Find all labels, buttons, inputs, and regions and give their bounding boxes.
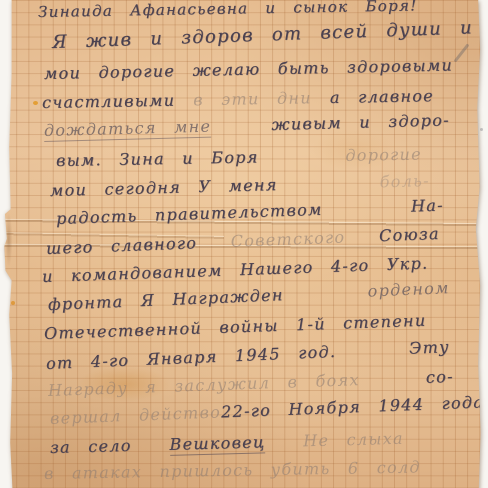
handwriting-segment: за село [50,436,132,459]
handwriting-line: радость правительством На- [56,195,444,228]
handwriting-line: дождаться мне живым и здоро- [44,110,450,142]
handwriting-segment: Я жив и здоров от всей души и вам [52,15,488,53]
handwriting-segment-underlined: Вешковец [169,432,265,456]
handwriting-line: Отечественной войны 1-й степени [44,310,454,343]
scanned-letter-page: Зинаида Афанасьевна и сынок Боря! Я жив … [0,0,488,488]
handwriting-segment-faded: Советского [230,228,345,251]
handwriting-line: вершал действо 22-го Ноября 1944 года. [50,393,462,428]
handwriting-segment-faded: орденом [367,278,450,300]
handwriting-segment: фронта Я Награжден [48,285,284,314]
handwriting-segment: вым. Зина и Боря [56,147,259,170]
handwriting-segment-faded: Награду я заслужил в боях [48,370,360,400]
handwriting-segment-faded: боль- [379,171,430,191]
handwriting-segment: счастливыми [42,91,176,112]
handwriting-line: вым. Зина и Боря дорогие [56,145,422,170]
handwriting-segment: 22-го Ноября 1944 года. [221,392,488,421]
handwriting-segment: Отечественной войны 1-й степени [44,311,427,343]
handwriting-segment: шего славного [46,233,198,258]
handwriting-line: за село Вешковец Не слыха [50,429,404,459]
handwriting: Зинаида Афанасьевна и сынок Боря! Я жив … [4,0,482,488]
handwriting-segment: радость правительством [56,200,323,228]
handwriting-line: мои дорогие желаю быть здоровыми [44,55,464,83]
handwriting-line: мои сегодня У меня боль- [50,171,430,200]
letter-paper: Зинаида Афанасьевна и сынок Боря! Я жив … [4,0,482,488]
handwriting-segment: мои сегодня У меня [50,175,278,200]
handwriting-segment: со- [426,367,455,387]
handwriting-segment-faded: в атаках пришлось убить 6 солд [44,457,421,483]
handwriting-segment: живым и здоро- [271,110,450,136]
handwriting-segment: Союза [379,224,440,245]
handwriting-segment-faded: в эти дни [193,88,312,109]
handwriting-line: в атаках пришлось убить 6 солд [44,457,442,483]
handwriting-segment-faded: вершал действо [50,402,222,428]
handwriting-line: счастливыми в эти дни а главное [42,86,434,112]
handwriting-segment: На- [411,195,444,215]
paper-shadow-wrap: Зинаида Афанасьевна и сынок Боря! Я жив … [0,0,488,488]
handwriting-line: от 4-го Января 1945 год. Эту [46,337,450,373]
handwriting-segment-faded: дорогие [345,145,422,165]
handwriting-line: шего славного Советского Союза [46,224,440,258]
handwriting-segment: мои дорогие желаю быть здоровыми [44,55,453,83]
handwriting-line: Я жив и здоров от всей души и вам [52,18,460,53]
handwriting-segment: Зинаида Афанасьевна и сынок Боря! [38,0,418,21]
handwriting-segment-faded: Не слыха [303,429,404,453]
margin-speck [480,128,483,131]
handwriting-segment: Эту [409,337,450,358]
handwriting-line: Зинаида Афанасьевна и сынок Боря! [38,0,462,21]
handwriting-segment-underlined: дождаться мне [44,117,212,142]
handwriting-segment: от 4-го Января 1945 год. [46,342,337,373]
handwriting-segment: а главное [330,86,434,107]
